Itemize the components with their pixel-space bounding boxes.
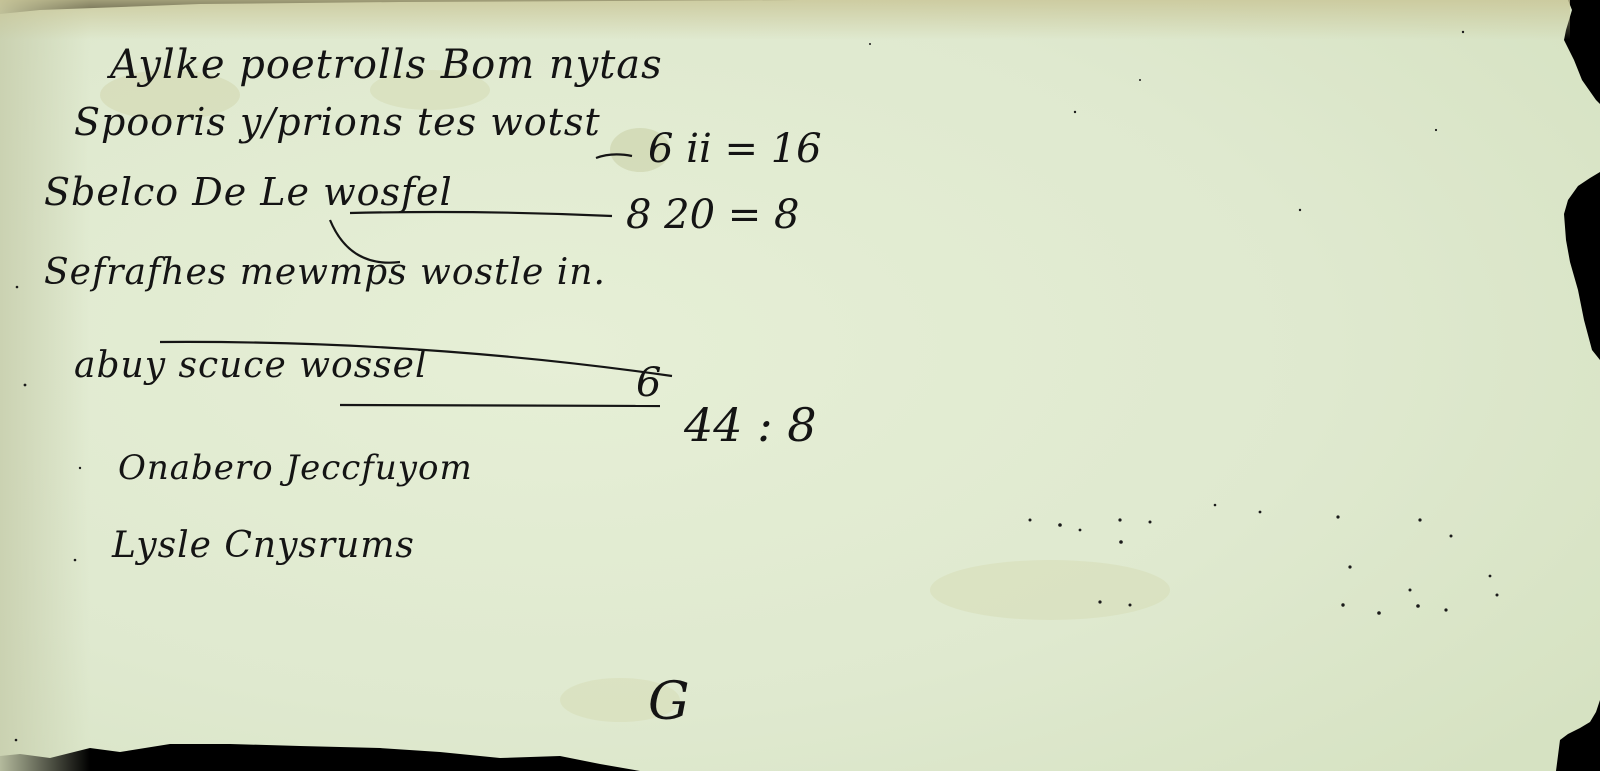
amount-line-3: 8 20 = 8 — [626, 192, 799, 238]
paper-sheet: Aylke poetrolls Bom nytas Spooris y/prio… — [0, 0, 1600, 771]
manuscript-line-3: Sbelco De Le wosfel — [44, 170, 453, 214]
manuscript-line-5: abuy scuce wossel — [74, 345, 427, 386]
manuscript-line-1: Aylke poetrolls Bom nytas — [110, 42, 663, 88]
amount-line-5: 6 — [636, 360, 661, 406]
amount-line-2: 6 ii = 16 — [648, 126, 822, 172]
total-amount: 44 : 8 — [684, 398, 817, 452]
manuscript-line-2: Spooris y/prions tes wotst — [74, 100, 601, 144]
manuscript-line-7: Lysle Cnysrums — [112, 525, 415, 566]
monogram-mark: G — [648, 672, 690, 732]
scanned-manuscript: Aylke poetrolls Bom nytas Spooris y/prio… — [0, 0, 1600, 771]
manuscript-line-4: Sefrafhes mewmps wostle in. — [44, 252, 606, 293]
manuscript-line-6: Onabero Jeccfuyom — [118, 448, 473, 488]
